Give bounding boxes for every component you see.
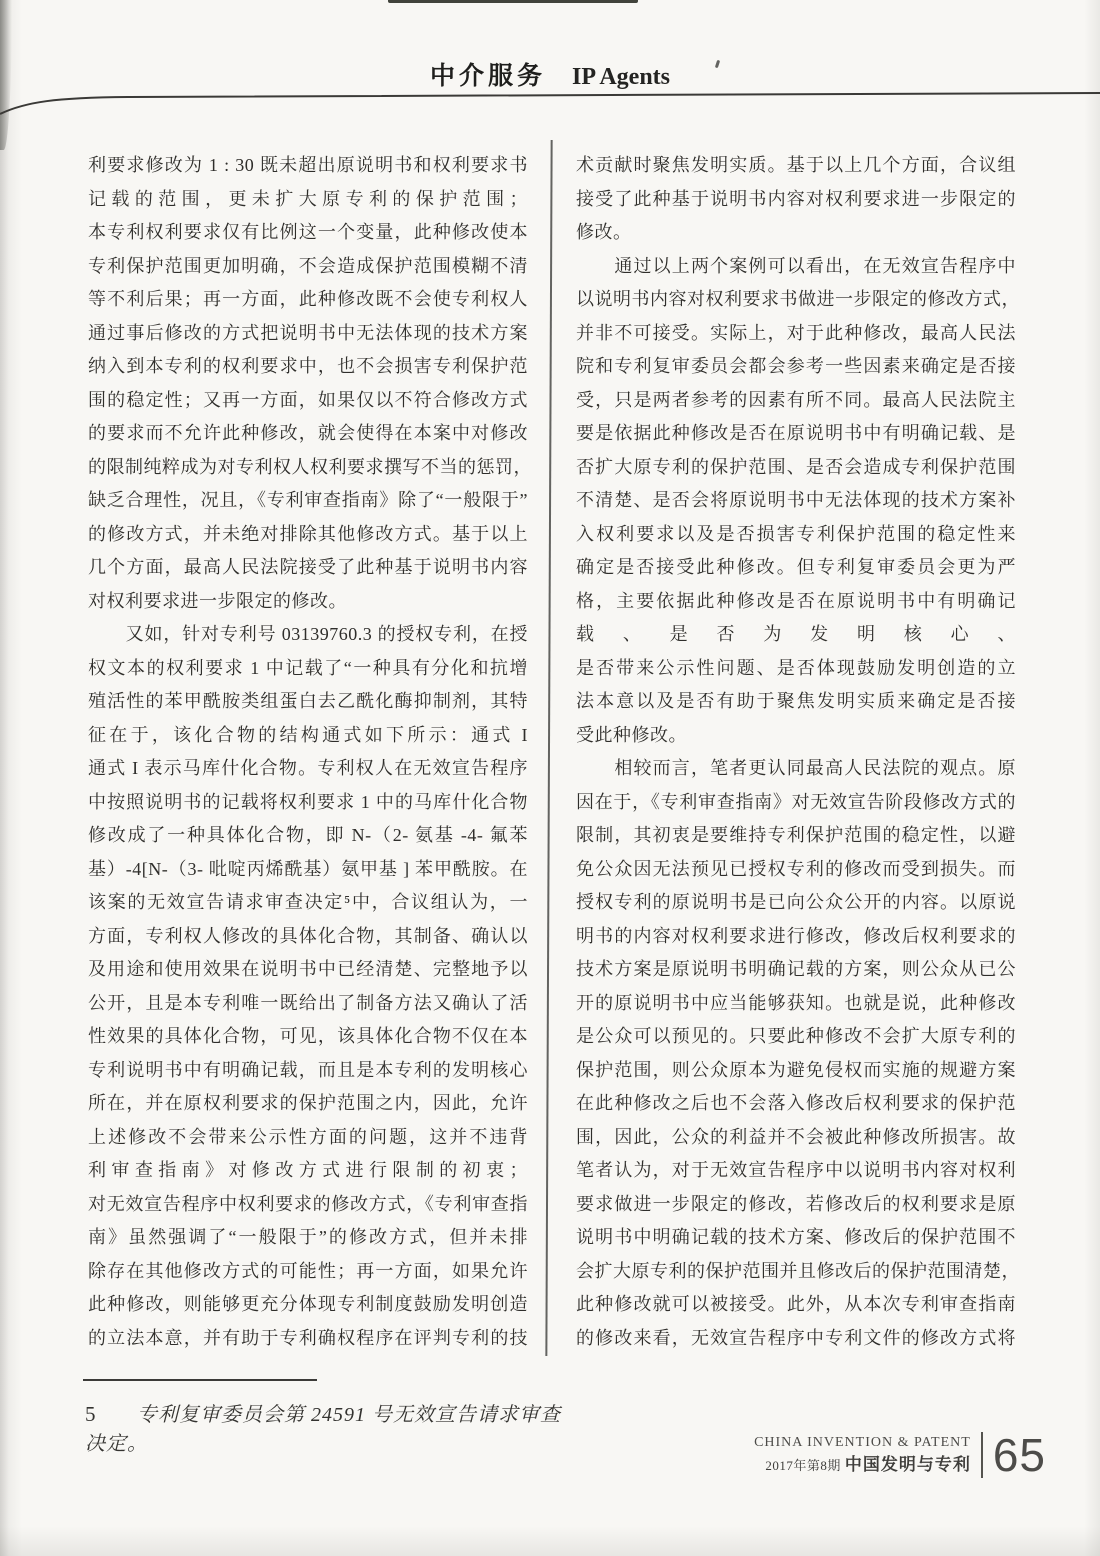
footnote-separator-rule [83, 1379, 317, 1381]
text-line: 开的原说明书中应当能够获知。也就是说，此种修改 [576, 987, 1016, 1021]
journal-page: 中介服务 IP Agents 利要求修改为 1 : 30 既未超出原说明书和权利… [0, 0, 1100, 1556]
journal-issue: 2017年第8期 [765, 1458, 841, 1473]
text-line: 纳入到本专利的权利要求中，也不会损害专利保护范 [88, 350, 528, 384]
text-line: 围的稳定性；又再一方面，如果仅以不符合修改方式 [88, 384, 528, 418]
text-line: 在此种修改之后也不会落入修改后权利要求的保护范 [576, 1087, 1016, 1121]
text-line: 院和专利复审委员会都会参考一些因素来确定是否接 [576, 350, 1016, 384]
footnote: 5专利复审委员会第 24591 号无效宣告请求审查决定。 [85, 1398, 565, 1456]
text-line: 法本意以及是否有助于聚焦发明实质来确定是否接 [576, 685, 1016, 719]
text-line: 确定是否接受此种修改。但专利复审委员会更为严 [576, 551, 1016, 585]
text-line: 相较而言，笔者更认同最高人民法院的观点。原 [576, 752, 1016, 786]
text-line: 否扩大原专利的保护范围、是否会造成专利保护范围 [576, 451, 1016, 485]
header-rule [0, 84, 1100, 118]
text-line: 专利说明书中有明确记载，而且是本专利的发明核心 [88, 1054, 528, 1088]
text-line: 接受了此种基于说明书内容对权利要求进一步限定的 [576, 183, 1016, 217]
text-line: 是否带来公示性问题、是否体现鼓励发明创造的立 [576, 652, 1016, 686]
text-line: 载、是否为发明核心、是否在原专利的保护范围之内、 [576, 618, 1016, 652]
text-line: 保护范围，则公众原本为避免侵权而实施的规避方案 [576, 1054, 1016, 1088]
text-line: 因在于，《专利审查指南》对无效宣告阶段修改方式的 [576, 786, 1016, 820]
text-line: 所在，并在原权利要求的保护范围之内，因此，允许 [88, 1087, 528, 1121]
text-line: 不清楚、是否会将原说明书中无法体现的技术方案补 [576, 484, 1016, 518]
text-line: 授权专利的原说明书是已向公众公开的内容。以原说 [576, 886, 1016, 920]
text-line: 的修改方式，并未绝对排除其他修改方式。基于以上 [88, 518, 528, 552]
text-column-right: 术贡献时聚焦发明实质。基于以上几个方面，合议组接受了此种基于说明书内容对权利要求… [576, 149, 1016, 1355]
text-line: 征在于，该化合物的结构通式如下所示：通式 I（略）”， [88, 719, 528, 753]
text-line: 的立法本意，并有助于专利确权程序在评判专利的技 [88, 1322, 528, 1356]
text-line: 并非不可接受。实际上，对于此种修改，最高人民法 [576, 317, 1016, 351]
text-line: 通过事后修改的方式把说明书中无法体现的技术方案 [88, 317, 528, 351]
text-line: 受此种修改。 [576, 719, 1016, 753]
page-number: 65 [993, 1432, 1046, 1478]
page-footer: CHINA INVENTION & PATENT 2017年第8期 中国发明与专… [754, 1432, 1046, 1478]
text-line: 笔者认为，对于无效宣告程序中以说明书内容对权利 [576, 1154, 1016, 1188]
text-line: 会扩大原专利的保护范围并且修改后的保护范围清楚， [576, 1255, 1016, 1289]
text-line: 通过以上两个案例可以看出，在无效宣告程序中 [576, 250, 1016, 284]
journal-name-cn-line: 2017年第8期 中国发明与专利 [754, 1454, 971, 1476]
text-line: 围，因此，公众的利益并不会被此种修改所损害。故 [576, 1121, 1016, 1155]
text-line: 此种修改就可以被接受。此外，从本次专利审查指南 [576, 1288, 1016, 1322]
text-line: 入权利要求以及是否损害专利保护范围的稳定性来 [576, 518, 1016, 552]
text-line: 受，只是两者参考的因素有所不同。最高人民法院主 [576, 384, 1016, 418]
text-line: 格，主要依据此种修改是否在原说明书中有明确记 [576, 585, 1016, 619]
text-line: 方面，专利权人修改的具体化合物，其制备、确认以 [88, 920, 528, 954]
text-line: 该案的无效宣告请求审查决定⁵中，合议组认为，一 [88, 886, 528, 920]
text-line: 此种修改，则能够更充分体现专利制度鼓励发明创造 [88, 1288, 528, 1322]
text-line: 免公众因无法预见已授权专利的修改而受到损失。而 [576, 853, 1016, 887]
footer-divider-bar [981, 1432, 983, 1478]
text-line: 性效果的具体化合物，可见，该具体化合物不仅在本 [88, 1020, 528, 1054]
journal-name-cn: 中国发明与专利 [845, 1455, 971, 1474]
text-line: 本专利权利要求仅有比例这一个变量，此种修改使本 [88, 216, 528, 250]
text-column-left: 利要求修改为 1 : 30 既未超出原说明书和权利要求书记载的范围，更未扩大原专… [88, 149, 528, 1355]
text-line: 公开，且是本专利唯一既给出了制备方法又确认了活 [88, 987, 528, 1021]
footnote-text: 专利复审委员会第 24591 号无效宣告请求审查决定。 [85, 1404, 561, 1455]
text-line: 以说明书内容对权利要求书做进一步限定的修改方式， [576, 283, 1016, 317]
text-line: 利审查指南》对修改方式进行限制的初衷；另一方面， [88, 1154, 528, 1188]
text-line: 几个方面，最高人民法院接受了此种基于说明书内容 [88, 551, 528, 585]
text-line: 对权利要求进一步限定的修改。 [88, 585, 528, 619]
text-line: 对无效宣告程序中权利要求的修改方式，《专利审查指 [88, 1188, 528, 1222]
text-line: 限制，其初衷是要维持专利保护范围的稳定性，以避 [576, 819, 1016, 853]
text-line: 技术方案是原说明书明确记载的方案，则公众从已公 [576, 953, 1016, 987]
text-line: 通式 I 表示马库什化合物。专利权人在无效宣告程序 [88, 752, 528, 786]
text-line: 缺乏合理性，况且，《专利审查指南》除了“一般限于” [88, 484, 528, 518]
text-line: 的修改来看，无效宣告程序中专利文件的修改方式将 [576, 1322, 1016, 1356]
text-line: 及用途和使用效果在说明书中已经清楚、完整地予以 [88, 953, 528, 987]
text-line: 要是依据此种修改是否在原说明书中有明确记载、是 [576, 417, 1016, 451]
text-line: 的要求而不允许此种修改，就会使得在本案中对修改 [88, 417, 528, 451]
text-line: 利要求修改为 1 : 30 既未超出原说明书和权利要求书 [88, 149, 528, 183]
journal-title-block: CHINA INVENTION & PATENT 2017年第8期 中国发明与专… [754, 1434, 971, 1476]
text-line: 要求做进一步限定的修改，若修改后的权利要求是原 [576, 1188, 1016, 1222]
text-line: 术贡献时聚焦发明实质。基于以上几个方面，合议组 [576, 149, 1016, 183]
text-line: 的限制纯粹成为对专利权人权利要求撰写不当的惩罚， [88, 451, 528, 485]
text-line: 除存在其他修改方式的可能性；再一方面，如果允许 [88, 1255, 528, 1289]
text-line: 等不利后果；再一方面，此种修改既不会使专利权人 [88, 283, 528, 317]
text-line: 明书的内容对权利要求进行修改，修改后权利要求的 [576, 920, 1016, 954]
text-line: 是公众可以预见的。只要此种修改不会扩大原专利的 [576, 1020, 1016, 1054]
text-line: 又如，针对专利号 03139760.3 的授权专利，在授 [88, 618, 528, 652]
column-divider-rule [545, 140, 552, 1356]
text-line: 殖活性的苯甲酰胺类组蛋白去乙酰化酶抑制剂，其特 [88, 685, 528, 719]
text-line: 上述修改不会带来公示性方面的问题，这并不违背《专 [88, 1121, 528, 1155]
text-line: 说明书中明确记载的技术方案、修改后的保护范围不 [576, 1221, 1016, 1255]
text-line: 修改成了一种具体化合物，即 N-（2- 氨基 -4- 氟苯 [88, 819, 528, 853]
text-line: 基）-4[N-（3- 吡啶丙烯酰基）氨甲基 ] 苯甲酰胺。在 [88, 853, 528, 887]
text-line: 记载的范围，更未扩大原专利的保护范围；另一方面， [88, 183, 528, 217]
journal-name-en: CHINA INVENTION & PATENT [754, 1434, 971, 1452]
footnote-marker: 5 [85, 1402, 137, 1427]
text-line: 权文本的权利要求 1 中记载了“一种具有分化和抗增 [88, 652, 528, 686]
text-line: 中按照说明书的记载将权利要求 1 中的马库什化合物 [88, 786, 528, 820]
text-line: 专利保护范围更加明确，不会造成保护范围模糊不清 [88, 250, 528, 284]
scan-edge-artifact [388, 0, 638, 3]
text-line: 南》虽然强调了“一般限于”的修改方式，但并未排 [88, 1221, 528, 1255]
text-line: 修改。 [576, 216, 1016, 250]
